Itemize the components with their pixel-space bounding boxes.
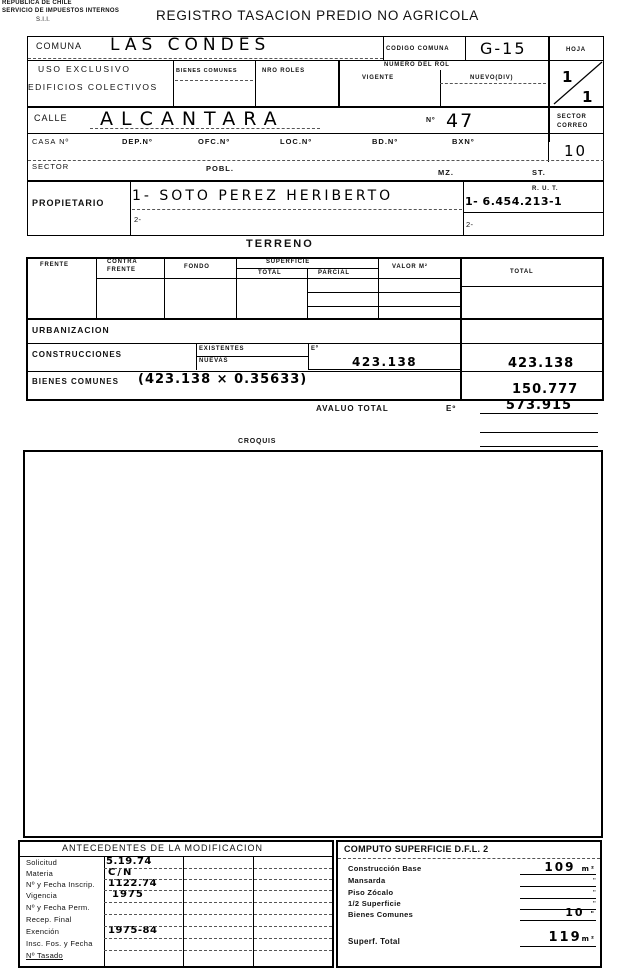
sup-total-header: TOTAL (258, 270, 281, 276)
unit: m² (582, 865, 596, 873)
computo-title: COMPUTO SUPERFICIE D.F.L. 2 (344, 844, 488, 854)
antecedentes-title: ANTECEDENTES DE LA MODIFICACION (62, 843, 263, 853)
row-label: Materia (26, 869, 53, 878)
calle-label: CALLE (34, 113, 68, 123)
contra-frente-header-2: FRENTE (107, 267, 136, 273)
computo-row-value: " (520, 888, 596, 899)
bd-label: BD.Nº (372, 137, 398, 146)
computo-total-value: 119m² (520, 930, 596, 947)
construcciones-total: 423.138 (508, 356, 574, 371)
sector-label: SECTOR (32, 162, 69, 171)
computo-row-label: Piso Zócalo (348, 888, 393, 897)
avaluo-currency: Eº (446, 404, 456, 413)
owner-1: 1- SOTO PEREZ HERIBERTO (132, 188, 393, 204)
numero-rol-header: NUMERO DEL ROL (384, 62, 450, 68)
loc-label: LOC.Nº (280, 137, 312, 146)
agency-line-3: S.I.I. (36, 17, 50, 23)
croquis-area (23, 450, 603, 838)
agency-line-1: REPUBLICA DE CHILE (2, 0, 72, 6)
computo-row-label: 1/2 Superficie (348, 899, 401, 908)
value: 10 (565, 906, 584, 919)
row-label: Vigencia (26, 891, 57, 900)
bx-label: BXNº (452, 137, 475, 146)
bienes-comunes-formula: (423.138 × 0.35633) (138, 372, 307, 387)
row-label: Nº y Fecha Inscrip. (26, 880, 95, 889)
construcciones-value: 423.138 (352, 355, 417, 369)
value: 109 (544, 860, 575, 874)
comuna-label: COMUNA (36, 41, 82, 51)
edificios-colectivos-label: EDIFICIOS COLECTIVOS (28, 82, 158, 92)
computo-row-value: 109 m² (520, 860, 596, 875)
terreno-title: TERRENO (246, 238, 314, 250)
form-title: REGISTRO TASACION PREDIO NO AGRICOLA (156, 8, 479, 23)
existentes-label: EXISTENTES (199, 346, 244, 352)
computo-row-label: Construcción Base (348, 864, 421, 873)
row-label: Solicitud (26, 858, 57, 867)
value: 119 (548, 930, 581, 945)
valor-m2-header: VALOR M² (392, 264, 428, 270)
nuevo-div-header: NUEVO(DIV) (470, 75, 513, 81)
row-label: Insc. Fos. y Fecha (26, 939, 93, 948)
nuevas-label: NUEVAS (199, 358, 228, 364)
rut-1: 1- 6.454.213-1 (465, 195, 562, 208)
avaluo-total-label: AVALUO TOTAL (316, 404, 389, 413)
unit: m² (582, 935, 596, 943)
owner-2: 2- (134, 215, 141, 224)
hoja-total: 1 (582, 88, 594, 106)
unit: " (590, 910, 596, 918)
comuna-value: LAS CONDES (110, 35, 270, 55)
sector-correo-label: SECTOR (557, 114, 587, 120)
agency-line-2: SERVICIO DE IMPUESTOS INTERNOS (2, 8, 119, 14)
computo-row-label: Mansarda (348, 876, 385, 885)
computo-row-value: 10 " (520, 906, 596, 921)
frente-header: FRENTE (40, 262, 69, 268)
fondo-header: FONDO (184, 264, 210, 270)
uso-exclusivo-label: USO EXCLUSIVO (38, 64, 131, 74)
construcciones-label: CONSTRUCCIONES (32, 350, 122, 359)
st-label: ST. (532, 168, 546, 177)
row-label: Recep. Final (26, 915, 72, 924)
row-label: Nº Tasado (26, 951, 63, 960)
croquis-title: CROQUIS (238, 438, 276, 445)
hoja-fraction-slash (550, 60, 604, 106)
calle-value: ALCANTARA (100, 108, 285, 130)
bienes-comunes-total: 150.777 (512, 382, 578, 397)
superficie-header: SUPERFICIE (266, 259, 310, 265)
bienes-comunes-label: BIENES COMUNES (32, 377, 119, 386)
codigo-comuna-value: G-15 (480, 39, 527, 58)
vigente-header: VIGENTE (362, 75, 394, 81)
numero-value: 47 (446, 110, 474, 132)
urbanizacion-label: URBANIZACION (32, 325, 110, 335)
nro-roles-header: NRO ROLES (262, 68, 305, 74)
row-value: 5.19.74 (106, 856, 152, 867)
pobl-label: POBL. (206, 164, 234, 173)
sup-parcial-header: PARCIAL (318, 270, 350, 276)
ofc-label: OFC.Nº (198, 137, 230, 146)
propietario-label: PROPIETARIO (32, 198, 104, 208)
avaluo-total-value: 573.915 (480, 398, 598, 414)
row-label: Nº y Fecha Perm. (26, 903, 90, 912)
hoja-number: 1 (562, 68, 574, 86)
casa-label: CASA Nº (32, 137, 69, 146)
total-header: TOTAL (510, 269, 533, 275)
rut-label: R. U. T. (532, 186, 558, 192)
dep-label: DEP.Nº (122, 137, 153, 146)
row-label: Exención (26, 927, 59, 936)
contra-frente-header: CONTRA (107, 259, 137, 265)
sector-correo-label-2: CORREO (557, 123, 588, 129)
hoja-label: HOJA (566, 47, 586, 53)
computo-row-label: Bienes Comunes (348, 910, 413, 919)
numero-label: Nº (426, 117, 436, 124)
computo-total-label: Superf. Total (348, 937, 400, 946)
computo-row-value: " (520, 876, 596, 887)
rut-2: 2- (466, 220, 473, 229)
mz-label: MZ. (438, 168, 454, 177)
escudo-symbol: Eº (311, 346, 319, 352)
bienes-comunes-header: BIENES COMUNES (176, 68, 237, 74)
sector-correo-value: 10 (564, 142, 587, 160)
codigo-comuna-label: CODIGO COMUNA (386, 46, 449, 52)
